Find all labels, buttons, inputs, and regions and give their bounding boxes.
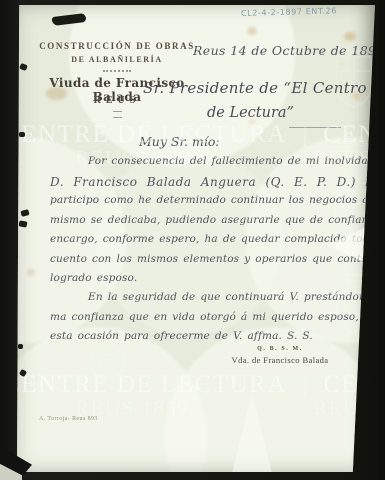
watermark-text: CENTRE DE LECTURA xyxy=(17,371,287,399)
body-line: En la seguridad de que continuará V. pre… xyxy=(50,291,362,311)
scan-background: CL2-4-2-1897 ENT.26 CONSTRUCCIÓN DE OBRA… xyxy=(0,0,385,480)
letterhead-rule xyxy=(103,70,131,72)
archive-annotation: CL2-4-2-1897 ENT.26 xyxy=(241,5,375,18)
salutation: Muy Sr. mío: xyxy=(139,134,220,149)
body-line: D. Francisco Balada Anguera (Q. E. P. D.… xyxy=(50,175,362,195)
foxing-stain xyxy=(352,92,362,100)
body-line: participo como he determinado continuar … xyxy=(50,194,362,214)
letter-body-paragraph-1: Por consecuencia del fallecimiento de mi… xyxy=(50,155,362,292)
body-line: encargo, conforme espero, ha de quedar c… xyxy=(50,233,362,253)
body-line: logrado esposo. xyxy=(50,272,362,292)
foxing-stain xyxy=(247,27,257,35)
foxing-stain xyxy=(249,119,255,124)
binding-speck xyxy=(19,63,28,71)
letterhead-ornament-icon xyxy=(113,111,122,118)
date-line: Reus 14 de Octubre de 1897. xyxy=(193,43,375,58)
letterhead-line2: DE ALBAÑILERÍA xyxy=(31,55,203,64)
binding-speck xyxy=(20,209,29,217)
closing-courtesy: Q. B. S. M. xyxy=(225,346,335,352)
body-line: Por consecuencia del fallecimiento de mi… xyxy=(50,155,362,175)
watermark-text: CENTRE DE LECTURA xyxy=(323,121,375,149)
scan-artifact-wedge xyxy=(232,393,272,472)
watermark-separator: | xyxy=(303,372,307,398)
printer-imprint: A. Torroja- Reus 893 xyxy=(39,416,98,422)
body-line: ma confianza que en vida otorgó á mi que… xyxy=(50,311,362,331)
letter-body-paragraph-2: En la seguridad de que continuará V. pre… xyxy=(50,291,362,350)
recipient-flourish-underline xyxy=(289,127,341,128)
letter-paper: CL2-4-2-1897 ENT.26 CONSTRUCCIÓN DE OBRA… xyxy=(17,5,375,472)
watermark-separator: | xyxy=(303,122,307,148)
body-line: mismo se dedicaba, pudiendo asegurarle q… xyxy=(50,214,362,234)
foxing-stain xyxy=(344,32,356,41)
watermark-text: CENTRE DE LECTURA xyxy=(323,371,375,399)
binding-speck xyxy=(18,344,23,349)
binding-speck xyxy=(19,369,27,377)
body-line: cuento con los mismos elementos y operar… xyxy=(50,253,362,273)
watermark-row: CENTRE DE LECTURA | CENTRE DE LECTURA xyxy=(17,371,375,399)
foxing-stain xyxy=(27,269,35,276)
foxing-stain xyxy=(46,87,67,100)
ink-smudge xyxy=(52,13,87,26)
letterhead-line1: CONSTRUCCIÓN DE OBRAS xyxy=(31,41,203,51)
binding-speck xyxy=(19,220,28,227)
recipient-line-1: Sr. Presidente de “El Centro xyxy=(143,79,367,97)
watermark-subtext: REUS 1859 xyxy=(313,396,375,421)
binding-speck xyxy=(19,132,25,137)
signature: Vda. de Francisco Balada xyxy=(213,355,347,365)
